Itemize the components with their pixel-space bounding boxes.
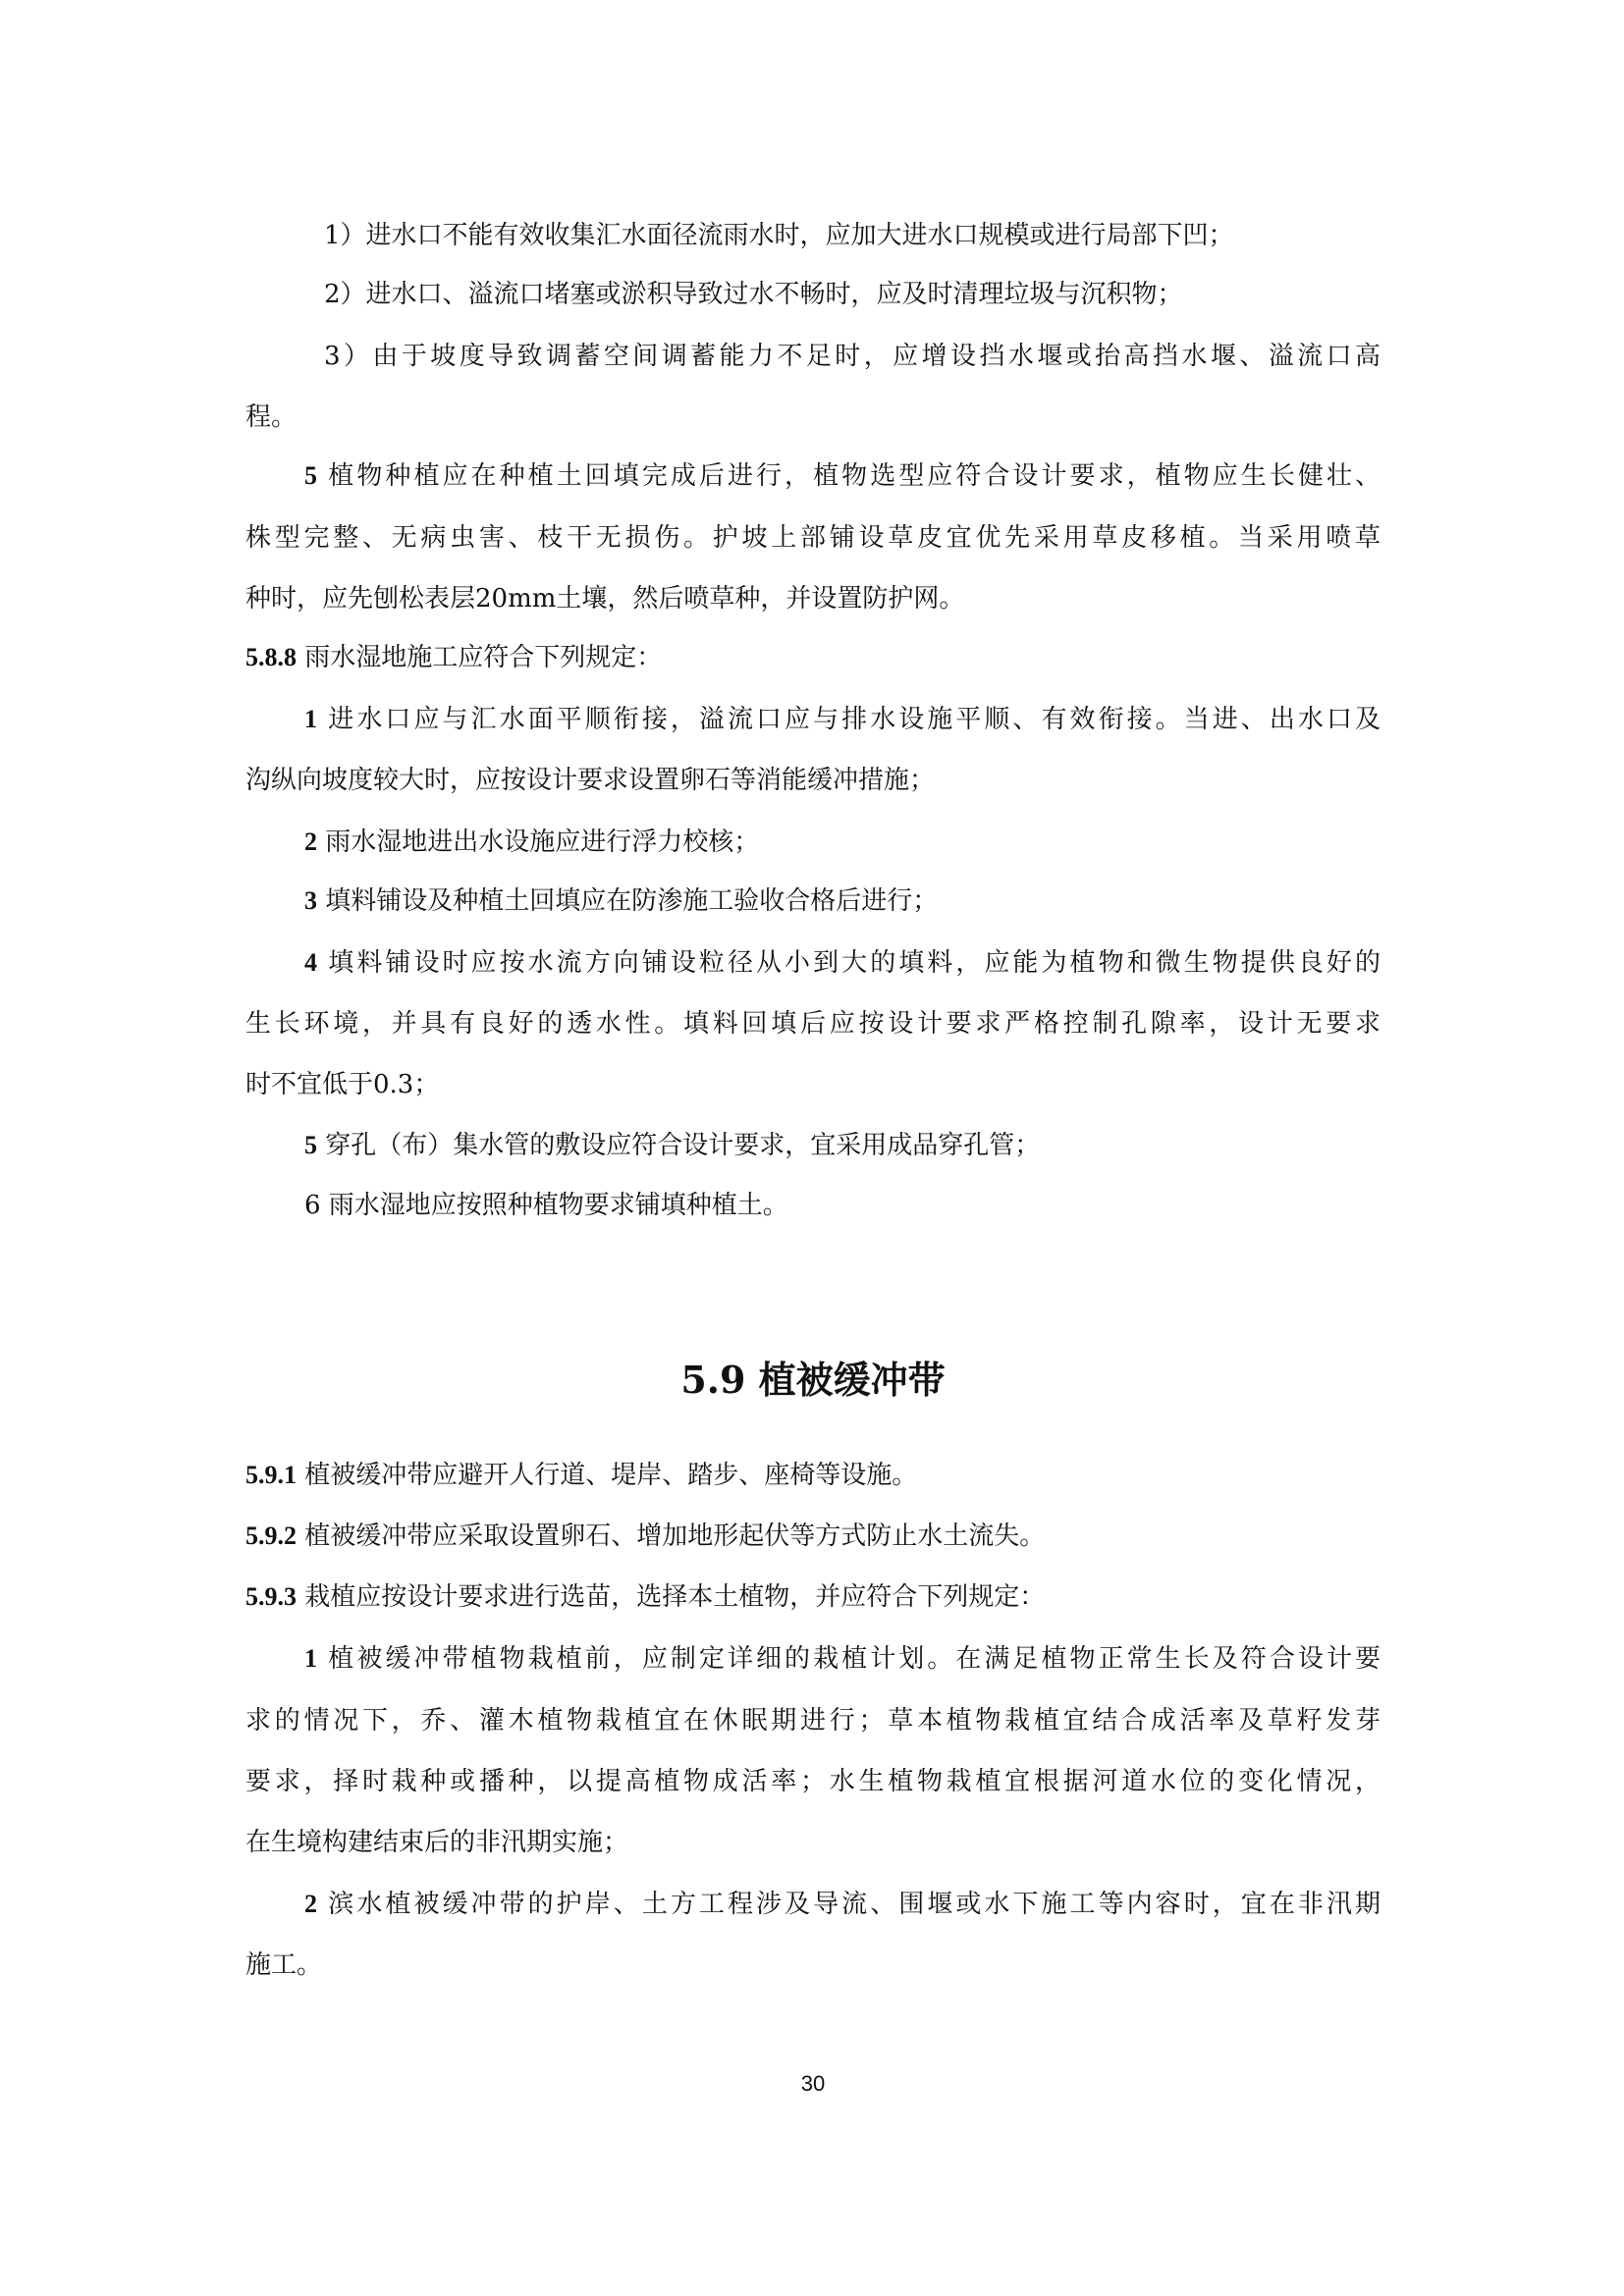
clause-number: 3 — [304, 886, 317, 915]
line-text: 6 雨水湿地应按照种植物要求铺填种植土。 — [304, 1191, 788, 1220]
line-text: 2）进水口、溢流口堵塞或淤积导致过水不畅时，应及时清理垃圾与沉积物； — [324, 280, 1183, 309]
paragraph-line: 要求，择时栽种或播种，以提高植物成活率；水生植物栽植宜根据河道水位的变化情况， — [245, 1767, 1380, 1796]
clause-number: 5.9.1 — [245, 1461, 297, 1489]
line-text: 穿孔（布）集水管的敷设应符合设计要求，宜采用成品穿孔管； — [317, 1131, 1040, 1160]
line-text: 程。 — [245, 402, 297, 432]
line-text: 植被缓冲带应采取设置卵石、增加地形起伏等方式防止水土流失。 — [297, 1522, 1045, 1551]
line-text: 施工。 — [245, 1950, 322, 1980]
line-text: 时不宜低于0.3； — [245, 1070, 439, 1099]
line-text: 栽植应按设计要求进行选苗，选择本土植物，并应符合下列规定： — [297, 1582, 1045, 1612]
line-text: 滨水植被缓冲带的护岸、土方工程涉及导流、围堰或水下施工等内容时，宜在非汛期 — [317, 1890, 1380, 1919]
paragraph-line: 求的情况下，乔、灌木植物栽植宜在休眠期进行；草本植物栽植宜结合成活率及草籽发芽 — [245, 1706, 1380, 1735]
clause-number: 1 — [304, 705, 317, 733]
paragraph-line: 3）由于坡度导致调蓄空间调蓄能力不足时，应增设挡水堰或抬高挡水堰、溢流口高 — [245, 342, 1380, 371]
paragraph-line: 施工。 — [245, 1950, 322, 1980]
line-text: 植物种植应在种植土回填完成后进行，植物选型应符合设计要求，植物应生长健壮、 — [317, 461, 1380, 491]
paragraph-line: 5.8.8 雨水湿地施工应符合下列规定： — [245, 643, 662, 672]
line-text: 填料铺设及种植土回填应在防渗施工验收合格后进行； — [317, 886, 938, 916]
line-text: 1）进水口不能有效收集汇水面径流雨水时，应加大进水口规模或进行局部下凹； — [324, 221, 1234, 250]
clause-number: 5 — [304, 1131, 317, 1159]
line-text: 填料铺设时应按水流方向铺设粒径从小到大的填料，应能为植物和微生物提供良好的 — [317, 948, 1380, 978]
paragraph-line: 1 植被缓冲带植物栽植前，应制定详细的栽植计划。在满足植物正常生长及符合设计要 — [245, 1644, 1380, 1674]
line-text: 雨水湿地施工应符合下列规定： — [297, 643, 662, 672]
paragraph-line: 沟纵向坡度较大时，应按设计要求设置卵石等消能缓冲措施； — [245, 766, 935, 795]
clause-number: 2 — [304, 1890, 317, 1918]
line-text: 要求，择时栽种或播种，以提高植物成活率；水生植物栽植宜根据河道水位的变化情况， — [245, 1767, 1380, 1796]
paragraph-line: 在生境构建结束后的非汛期实施； — [245, 1828, 628, 1857]
paragraph-line: 2 滨水植被缓冲带的护岸、土方工程涉及导流、围堰或水下施工等内容时，宜在非汛期 — [245, 1890, 1380, 1919]
line-text: 沟纵向坡度较大时，应按设计要求设置卵石等消能缓冲措施； — [245, 766, 935, 795]
line-text: 在生境构建结束后的非汛期实施； — [245, 1828, 628, 1857]
clause-number: 5 — [304, 461, 317, 490]
paragraph-line: 5.9.2 植被缓冲带应采取设置卵石、增加地形起伏等方式防止水土流失。 — [245, 1522, 1045, 1551]
paragraph-line: 5 穿孔（布）集水管的敷设应符合设计要求，宜采用成品穿孔管； — [245, 1131, 1040, 1160]
line-text: 进水口应与汇水面平顺衔接，溢流口应与排水设施平顺、有效衔接。当进、出水口及 — [317, 705, 1380, 734]
paragraph-line: 程。 — [245, 402, 297, 432]
clause-number: 5.9.3 — [245, 1582, 297, 1611]
paragraph-line: 株型完整、无病虫害、枝干无损伤。护坡上部铺设草皮宜优先采用草皮移植。当采用喷草 — [245, 523, 1380, 553]
line-text: 生长环境，并具有良好的透水性。填料回填后应按设计要求严格控制孔隙率，设计无要求 — [245, 1009, 1380, 1039]
paragraph-line: 2）进水口、溢流口堵塞或淤积导致过水不畅时，应及时清理垃圾与沉积物； — [245, 280, 1183, 309]
paragraph-line: 5 植物种植应在种植土回填完成后进行，植物选型应符合设计要求，植物应生长健壮、 — [245, 461, 1380, 491]
line-text: 株型完整、无病虫害、枝干无损伤。护坡上部铺设草皮宜优先采用草皮移植。当采用喷草 — [245, 523, 1380, 553]
page-number: 30 — [245, 2071, 1380, 2097]
line-text: 植被缓冲带应避开人行道、堤岸、踏步、座椅等设施。 — [297, 1461, 917, 1490]
paragraph-line: 2 雨水湿地进出水设施应进行浮力校核； — [245, 828, 759, 857]
clause-number: 2 — [304, 828, 317, 856]
paragraph-line: 时不宜低于0.3； — [245, 1070, 439, 1099]
line-text: 3）由于坡度导致调蓄空间调蓄能力不足时，应增设挡水堰或抬高挡水堰、溢流口高 — [324, 342, 1380, 371]
line-text: 植被缓冲带植物栽植前，应制定详细的栽植计划。在满足植物正常生长及符合设计要 — [317, 1644, 1380, 1674]
paragraph-line: 5.9.3 栽植应按设计要求进行选苗，选择本土植物，并应符合下列规定： — [245, 1582, 1045, 1612]
clause-number: 5.9.2 — [245, 1522, 297, 1550]
paragraph-line: 6 雨水湿地应按照种植物要求铺填种植土。 — [245, 1191, 788, 1220]
line-text: 种时，应先刨松表层20mm土壤，然后喷草种，并设置防护网。 — [245, 584, 964, 614]
section-heading: 5.9 植被缓冲带 — [245, 1350, 1380, 1404]
line-text: 求的情况下，乔、灌木植物栽植宜在休眠期进行；草本植物栽植宜结合成活率及草籽发芽 — [245, 1706, 1380, 1735]
clause-number: 1 — [304, 1644, 317, 1673]
clause-number: 4 — [304, 948, 317, 977]
line-text: 雨水湿地进出水设施应进行浮力校核； — [317, 828, 759, 857]
paragraph-line: 1）进水口不能有效收集汇水面径流雨水时，应加大进水口规模或进行局部下凹； — [245, 221, 1234, 250]
paragraph-line: 生长环境，并具有良好的透水性。填料回填后应按设计要求严格控制孔隙率，设计无要求 — [245, 1009, 1380, 1039]
clause-number: 5.8.8 — [245, 643, 297, 671]
paragraph-line: 5.9.1 植被缓冲带应避开人行道、堤岸、踏步、座椅等设施。 — [245, 1461, 917, 1490]
paragraph-line: 种时，应先刨松表层20mm土壤，然后喷草种，并设置防护网。 — [245, 584, 964, 614]
paragraph-line: 4 填料铺设时应按水流方向铺设粒径从小到大的填料，应能为植物和微生物提供良好的 — [245, 948, 1380, 978]
paragraph-line: 1 进水口应与汇水面平顺衔接，溢流口应与排水设施平顺、有效衔接。当进、出水口及 — [245, 705, 1380, 734]
paragraph-line: 3 填料铺设及种植土回填应在防渗施工验收合格后进行； — [245, 886, 938, 916]
